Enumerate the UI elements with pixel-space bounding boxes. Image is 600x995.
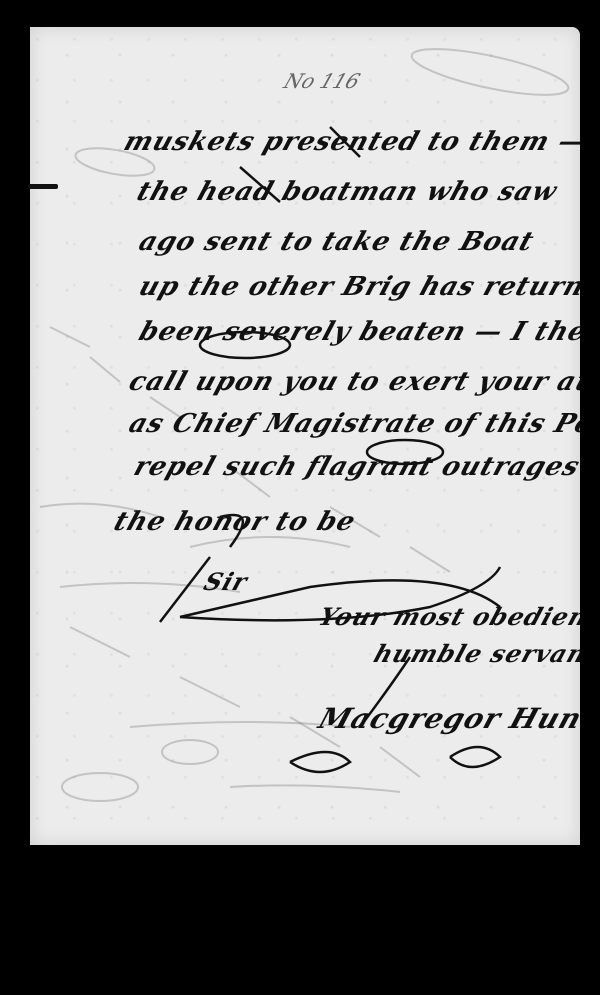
body-line-9: the honor to be xyxy=(110,507,360,537)
closing-line-1: Your most obedient xyxy=(315,602,580,631)
body-line-4: up the other Brig has returned xyxy=(135,272,580,302)
margin-mark xyxy=(28,184,58,189)
body-line-8: repel such flagrant outrages xyxy=(130,452,580,482)
page-number: No 116 xyxy=(281,69,364,93)
body-line-3: ago sent to take the Boat xyxy=(135,227,538,257)
body-line-5: been severely beaten — I therefore must xyxy=(135,317,580,347)
signature: Macgregor Hunter xyxy=(315,702,580,735)
body-line-1: muskets presented to them — the xyxy=(120,127,580,157)
body-line-2: the head boatman who saw xyxy=(133,177,561,207)
body-line-6: call upon you to exert your autho xyxy=(125,367,580,397)
closing-line-2: humble servant xyxy=(370,639,580,668)
body-line-7: as Chief Magistrate of this Port xyxy=(125,409,580,439)
document-page: No 116 muskets presented to them — the t… xyxy=(30,27,580,845)
